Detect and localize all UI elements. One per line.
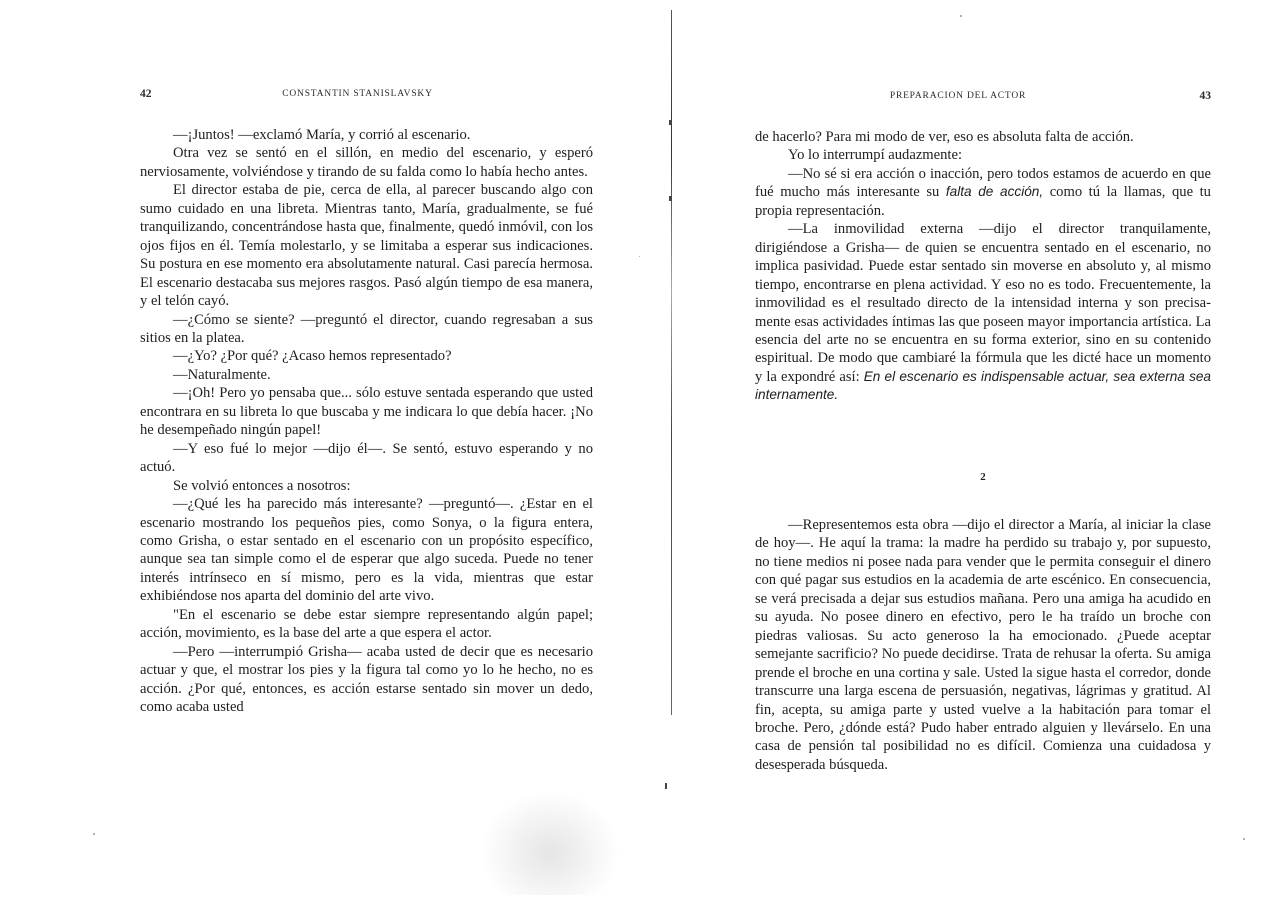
paragraph: de hacerlo? Para mi modo de ver, eso es … bbox=[755, 128, 1211, 146]
paragraph: —¿Cómo se siente? —preguntó el director,… bbox=[140, 311, 593, 348]
paragraph: Otra vez se sentó en el sillón, en medio… bbox=[140, 144, 593, 181]
left-page-body: —¡Juntos! —exclamó María, y corrió al es… bbox=[140, 126, 593, 717]
page-number: 43 bbox=[1200, 90, 1212, 102]
section-number: 2 bbox=[755, 471, 1211, 483]
paragraph: Yo lo interrumpí audazmente: bbox=[755, 146, 1211, 164]
paragraph: "En el escenario se debe estar siempre r… bbox=[140, 606, 593, 643]
paragraph: —Y eso fué lo mejor —dijo él—. Se sentó,… bbox=[140, 440, 593, 477]
gutter-mark bbox=[669, 196, 672, 201]
paragraph: —Representemos esta obra —dijo el direct… bbox=[755, 516, 1211, 774]
paragraph: —¿Qué les ha parecido más interesante? —… bbox=[140, 495, 593, 606]
paragraph: Se volvió entonces a nosotros: bbox=[140, 477, 593, 495]
book-gutter-line bbox=[671, 10, 672, 715]
right-page-section-1: de hacerlo? Para mi modo de ver, eso es … bbox=[755, 128, 1211, 405]
running-head-right: PREPARACION DEL ACTOR 43 bbox=[755, 90, 1211, 106]
gutter-mark bbox=[665, 783, 667, 789]
running-head-book-title: PREPARACION DEL ACTOR bbox=[755, 91, 1161, 101]
paragraph: —Naturalmente. bbox=[140, 366, 593, 384]
italic-emphasis: falta de acción, bbox=[946, 184, 1043, 199]
paragraph: —¿Yo? ¿Por qué? ¿Acaso hemos representad… bbox=[140, 347, 593, 365]
scan-speck bbox=[639, 256, 640, 257]
paragraph: —Pero —interrumpió Grisha— acaba usted d… bbox=[140, 643, 593, 717]
paragraph: —La inmovilidad externa —dijo el directo… bbox=[755, 220, 1211, 405]
running-head-left: 42 CONSTANTIN STANISLAVSKY bbox=[140, 88, 593, 104]
paragraph: —¡Juntos! —exclamó María, y corrió al es… bbox=[140, 126, 593, 144]
scan-noise bbox=[480, 790, 620, 895]
gutter-mark bbox=[669, 120, 672, 125]
right-page-section-2: —Representemos esta obra —dijo el direct… bbox=[755, 516, 1211, 774]
scan-speck bbox=[93, 833, 95, 835]
paragraph: El director estaba de pie, cerca de ella… bbox=[140, 181, 593, 310]
scan-speck bbox=[1243, 838, 1245, 840]
text-run: —La inmovilidad externa —dijo el directo… bbox=[755, 221, 1211, 385]
running-head-author: CONSTANTIN STANISLAVSKY bbox=[140, 89, 575, 99]
paragraph: —No sé si era acción o inacción, pero to… bbox=[755, 165, 1211, 220]
scan-speck bbox=[960, 15, 962, 17]
paragraph: —¡Oh! Pero yo pensaba que... sólo estuve… bbox=[140, 384, 593, 439]
